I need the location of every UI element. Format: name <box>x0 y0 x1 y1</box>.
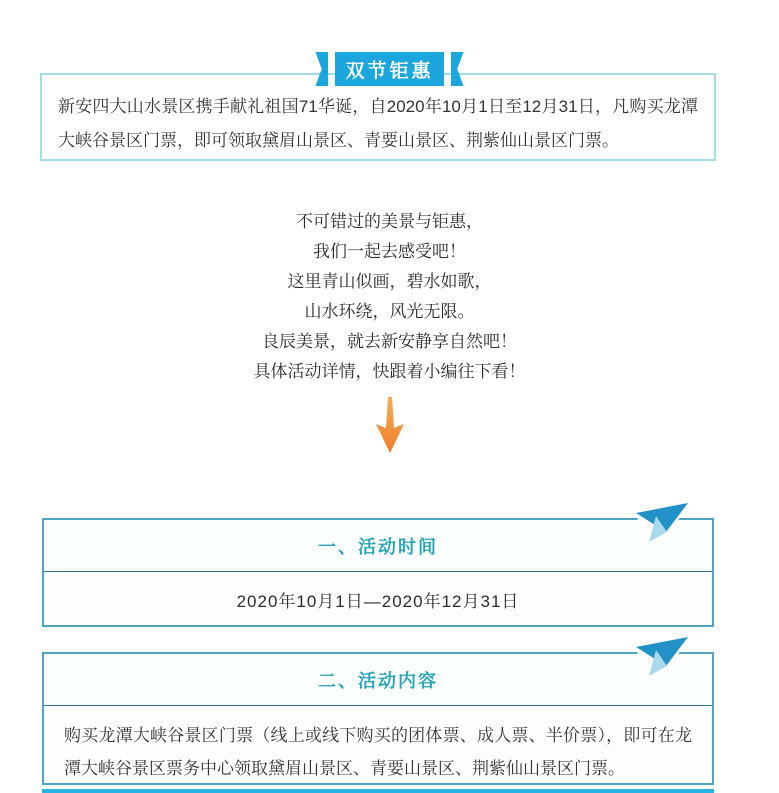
ribbon-end-right-icon <box>451 52 464 86</box>
promo-badge-label: 双节钜惠 <box>335 52 443 86</box>
promo-ribbon: 双节钜惠 <box>0 52 779 86</box>
paper-plane-icon <box>634 501 690 545</box>
paper-plane-icon <box>634 635 690 679</box>
poem-line: 我们一起去感受吧！ <box>0 237 779 267</box>
section-title: 一、活动时间 <box>318 533 438 559</box>
poem-block: 不可错过的美景与钜惠， 我们一起去感受吧！ 这里青山似画，碧水如歌， 山水环绕，… <box>0 207 779 387</box>
poem-line: 这里青山似画，碧水如歌， <box>0 267 779 297</box>
ribbon-end-left-icon <box>315 52 328 86</box>
section-header: 一、活动时间 <box>44 520 712 572</box>
section-header: 二、活动内容 <box>44 654 712 706</box>
section-activity-time: 一、活动时间 2020年10月1日—2020年12月31日 <box>42 518 714 627</box>
next-section-strip <box>42 789 714 793</box>
section-title: 二、活动内容 <box>318 667 438 693</box>
poem-line: 具体活动详情，快跟着小编往下看！ <box>0 357 779 387</box>
intro-box: 新安四大山水景区携手献礼祖国71华诞，自2020年10月1日至12月31日，凡购… <box>40 73 716 161</box>
poem-line: 良辰美景，就去新安静享自然吧！ <box>0 327 779 357</box>
section-activity-content: 二、活动内容 购买龙潭大峡谷景区门票（线上或线下购买的团体票、成人票、半价票），… <box>42 652 714 785</box>
poem-line: 不可错过的美景与钜惠， <box>0 207 779 237</box>
poem-line: 山水环绕，风光无限。 <box>0 297 779 327</box>
section-content: 购买龙潭大峡谷景区门票（线上或线下购买的团体票、成人票、半价票），即可在龙潭大峡… <box>44 706 712 785</box>
section-content: 2020年10月1日—2020年12月31日 <box>44 572 712 626</box>
down-arrow-icon <box>0 397 779 455</box>
intro-text: 新安四大山水景区携手献礼祖国71华诞，自2020年10月1日至12月31日，凡购… <box>42 75 714 158</box>
